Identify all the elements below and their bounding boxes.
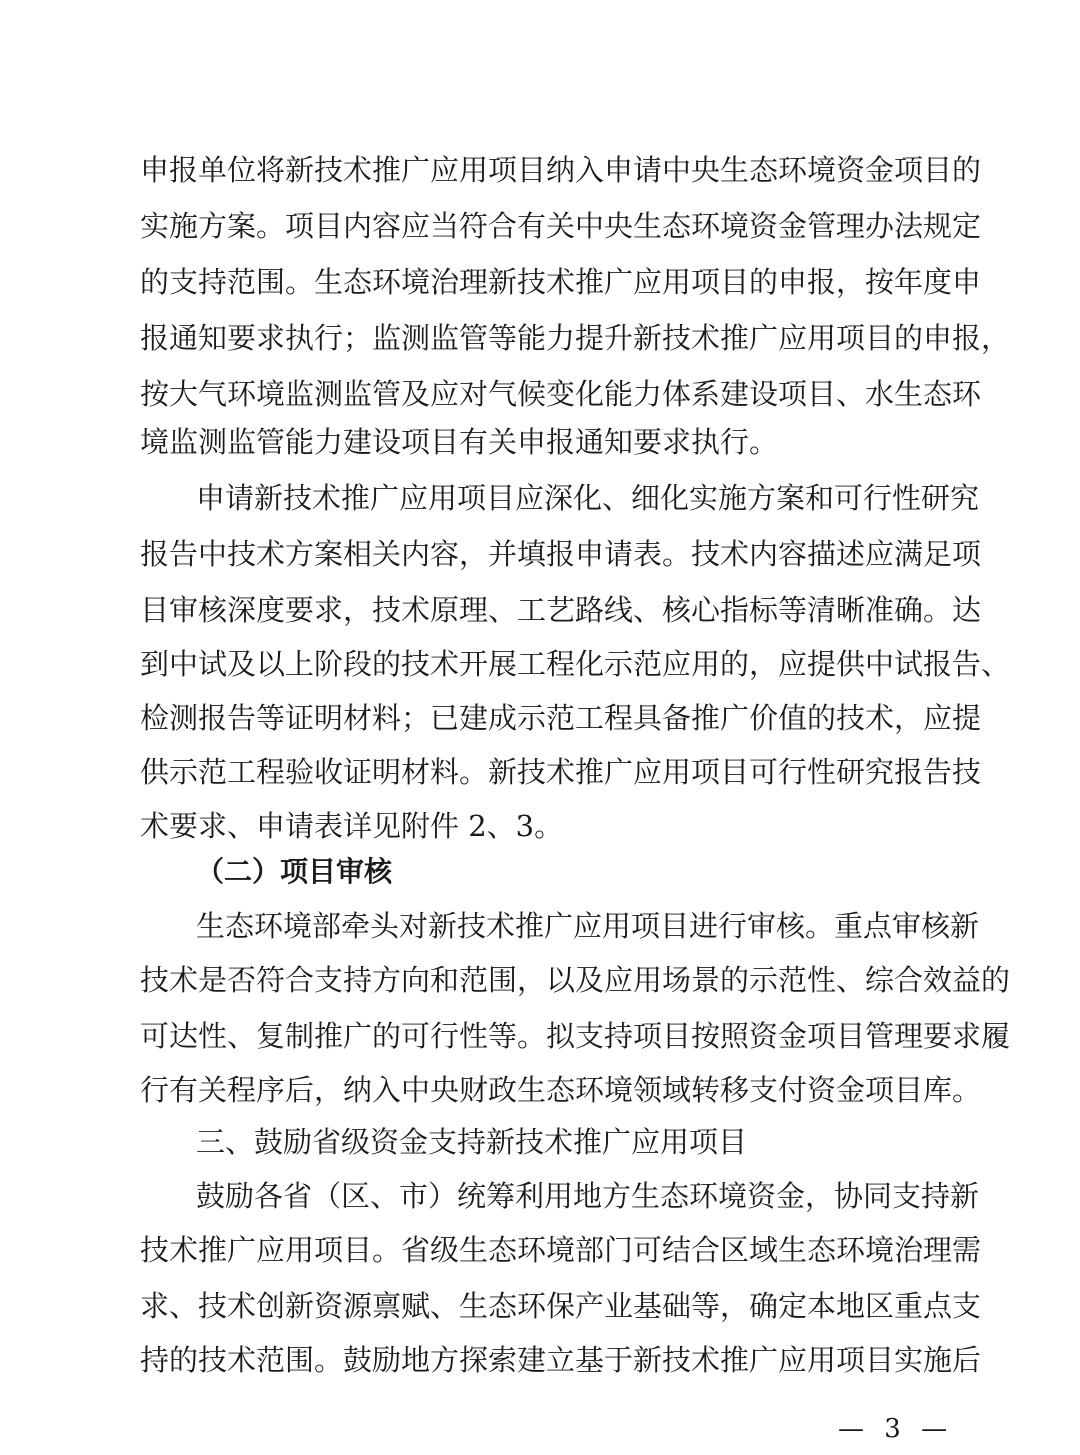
paragraph-line: 生态环境部牵头对新技术推广应用项目进行审核。重点审核新 [196, 906, 940, 946]
paragraph-line: 按大气环境监测监管及应对气候变化能力体系建设项目、水生态环 [140, 374, 940, 414]
paragraph-line: 技术推广应用项目。省级生态环境部门可结合区域生态环境治理需 [140, 1230, 940, 1270]
paragraph-line: 术要求、申请表详见附件 2、3。 [140, 806, 940, 846]
paragraph-line: 报通知要求执行；监测监管等能力提升新技术推广应用项目的申报， [140, 318, 940, 358]
paragraph-line: 报告中技术方案相关内容，并填报申请表。技术内容描述应满足项 [140, 534, 940, 574]
paragraph-line: 实施方案。项目内容应当符合有关中央生态环境资金管理办法规定 [140, 206, 940, 246]
document-page: 申报单位将新技术推广应用项目纳入申请中央生态环境资金项目的 实施方案。项目内容应… [0, 0, 1080, 1455]
paragraph-line: 检测报告等证明材料；已建成示范工程具备推广价值的技术，应提 [140, 698, 940, 738]
section-subheading: （二）项目审核 [196, 852, 392, 892]
paragraph-line: 求、技术创新资源禀赋、生态环保产业基础等，确定本地区重点支 [140, 1286, 940, 1326]
paragraph-line: 持的技术范围。鼓励地方探索建立基于新技术推广应用项目实施后 [140, 1340, 940, 1380]
paragraph-line: 的支持范围。生态环境治理新技术推广应用项目的申报，按年度申 [140, 262, 940, 302]
paragraph-line: 申报单位将新技术推广应用项目纳入申请中央生态环境资金项目的 [140, 150, 940, 190]
paragraph-line: 到中试及以上阶段的技术开展工程化示范应用的，应提供中试报告、 [140, 644, 940, 684]
paragraph-line: 目审核深度要求，技术原理、工艺路线、核心指标等清晰准确。达 [140, 590, 940, 630]
paragraph-line: 技术是否符合支持方向和范围，以及应用场景的示范性、综合效益的 [140, 960, 940, 1000]
paragraph-line: 申请新技术推广应用项目应深化、细化实施方案和可行性研究 [196, 478, 940, 518]
paragraph-line: 可达性、复制推广的可行性等。拟支持项目按照资金项目管理要求履 [140, 1016, 940, 1056]
paragraph-line: 境监测监管能力建设项目有关申报通知要求执行。 [140, 422, 940, 462]
paragraph-line: 行有关程序后，纳入中央财政生态环境领域转移支付资金项目库。 [140, 1070, 940, 1110]
page-number: — 3 — [838, 1414, 953, 1444]
paragraph-line: 鼓励各省（区、市）统筹利用地方生态环境资金，协同支持新 [196, 1176, 940, 1216]
paragraph-line: 供示范工程验收证明材料。新技术推广应用项目可行性研究报告技 [140, 752, 940, 792]
section-heading: 三、鼓励省级资金支持新技术推广应用项目 [196, 1122, 747, 1162]
